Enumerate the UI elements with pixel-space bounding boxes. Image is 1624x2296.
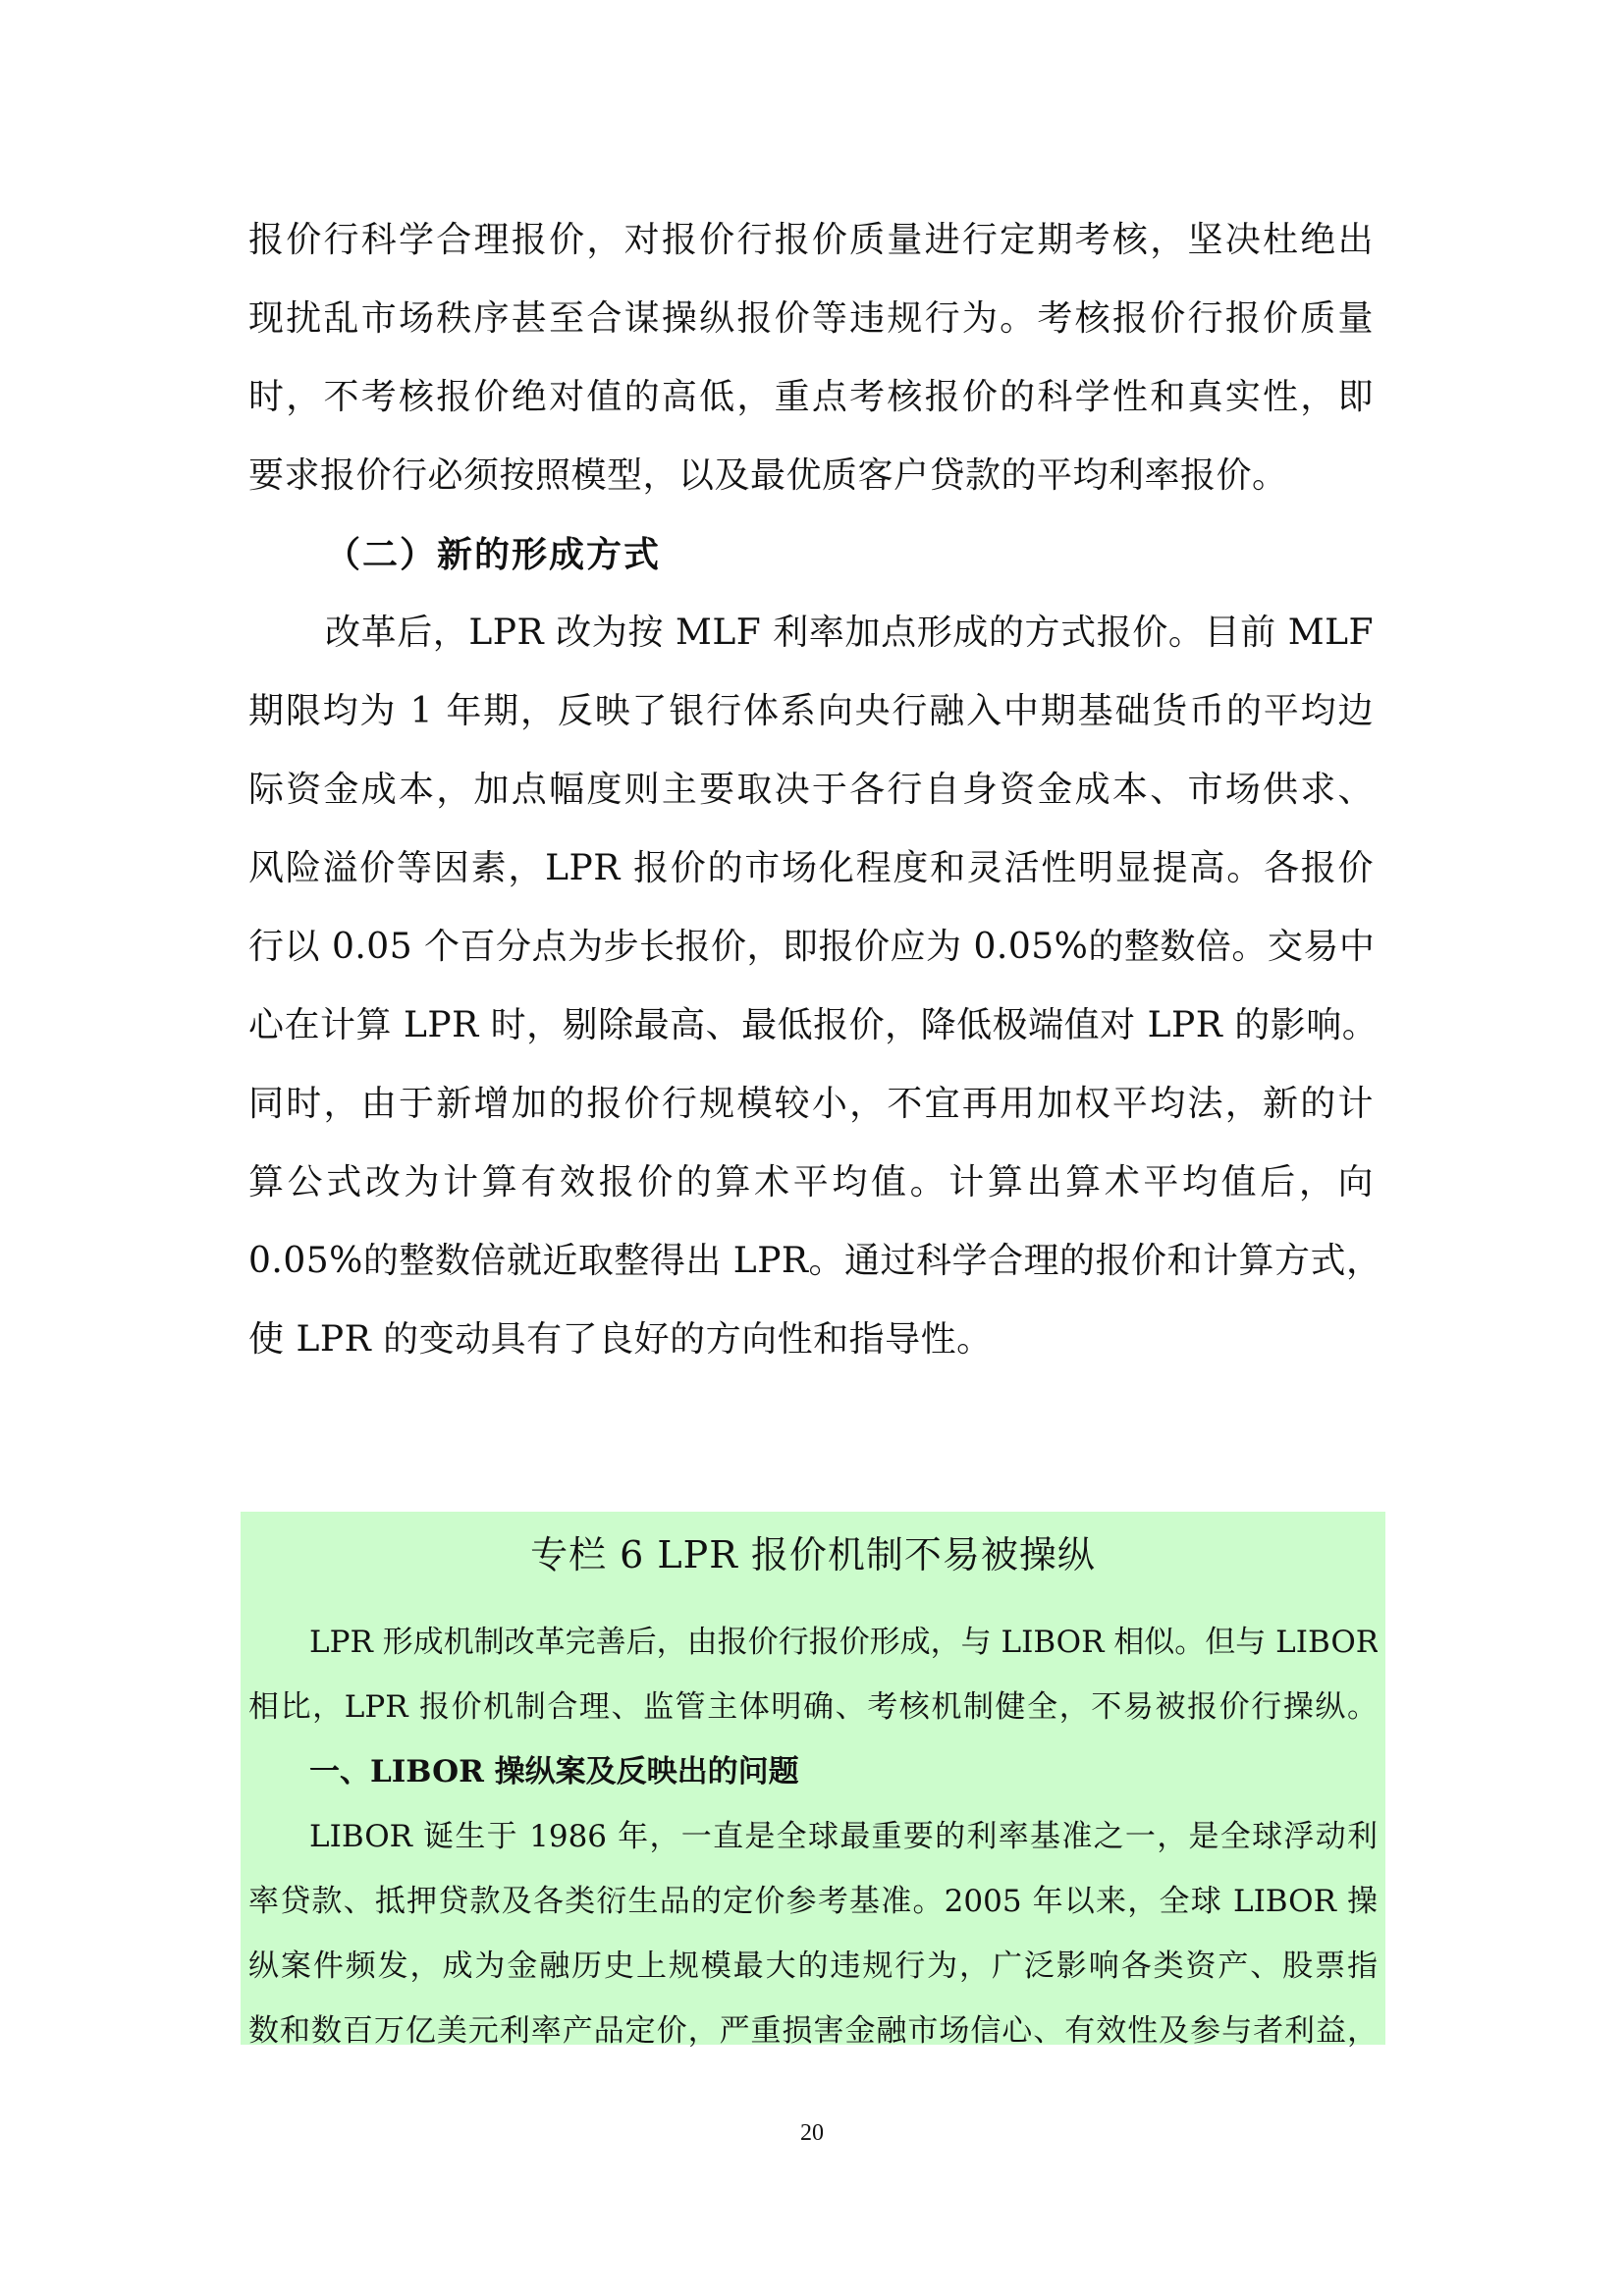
box-text-line: 数和数百万亿美元利率产品定价，严重损害金融市场信心、有效性及参与者利益， [248, 1999, 1378, 2063]
text-line: 期限均为 1 年期，反映了银行体系向央行融入中期基础货币的平均边 [248, 672, 1374, 751]
text-line: 行以 0.05 个百分点为步长报价，即报价应为 0.05%的整数倍。交易中 [248, 908, 1374, 987]
sidebar-box-column-6: 专栏 6 LPR 报价机制不易被操纵 LPR 形成机制改革完善后，由报价行报价形… [241, 1512, 1385, 2045]
box-text-line: LIBOR 诞生于 1986 年，一直是全球最重要的利率基准之一，是全球浮动利 [248, 1804, 1378, 1869]
box-content: LPR 形成机制改革完善后，由报价行报价形成，与 LIBOR 相似。但与 LIB… [248, 1610, 1378, 2063]
text-line: 心在计算 LPR 时，剔除最高、最低报价，降低极端值对 LPR 的影响。 [248, 987, 1374, 1065]
text-line: 同时，由于新增加的报价行规模较小，不宜再用加权平均法，新的计 [248, 1065, 1374, 1144]
paragraph-new-formation: 改革后，LPR 改为按 MLF 利率加点形成的方式报价。目前 MLF 期限均为 … [248, 594, 1374, 1379]
box-text-line: 纵案件频发，成为金融历史上规模最大的违规行为，广泛影响各类资产、股票指 [248, 1934, 1378, 1999]
text-line: 0.05%的整数倍就近取整得出 LPR。通过科学合理的报价和计算方式， [248, 1222, 1374, 1301]
box-text-line: 相比，LPR 报价机制合理、监管主体明确、考核机制健全，不易被报价行操纵。 [248, 1675, 1378, 1739]
box-text-line: LPR 形成机制改革完善后，由报价行报价形成，与 LIBOR 相似。但与 LIB… [248, 1610, 1378, 1675]
section-heading-block: （二）新的形成方式 [248, 515, 1374, 594]
box-text-line: 率贷款、抵押贷款及各类衍生品的定价参考基准。2005 年以来，全球 LIBOR … [248, 1869, 1378, 1934]
text-line: 际资金成本，加点幅度则主要取决于各行自身资金成本、市场供求、 [248, 751, 1374, 829]
text-line: 算公式改为计算有效报价的算术平均值。计算出算术平均值后，向 [248, 1144, 1374, 1222]
text-line: 使 LPR 的变动具有了良好的方向性和指导性。 [248, 1301, 1374, 1379]
paragraph-quote-assessment: 报价行科学合理报价，对报价行报价质量进行定期考核，坚决杜绝出 现扰乱市场秩序甚至… [248, 201, 1374, 515]
box-subheading: 一、LIBOR 操纵案及反映出的问题 [248, 1739, 1378, 1804]
document-page: 报价行科学合理报价，对报价行报价质量进行定期考核，坚决杜绝出 现扰乱市场秩序甚至… [0, 0, 1624, 2296]
text-line: 现扰乱市场秩序甚至合谋操纵报价等违规行为。考核报价行报价质量 [248, 280, 1374, 358]
text-line: 报价行科学合理报价，对报价行报价质量进行定期考核，坚决杜绝出 [248, 201, 1374, 280]
text-line: 要求报价行必须按照模型，以及最优质客户贷款的平均利率报价。 [248, 437, 1374, 515]
text-line: 时，不考核报价绝对值的高低，重点考核报价的科学性和真实性，即 [248, 358, 1374, 437]
box-title: 专栏 6 LPR 报价机制不易被操纵 [241, 1525, 1385, 1584]
text-line: 风险溢价等因素，LPR 报价的市场化程度和灵活性明显提高。各报价 [248, 829, 1374, 908]
section-heading: （二）新的形成方式 [248, 515, 1374, 594]
page-number: 20 [0, 2120, 1624, 2147]
text-line: 改革后，LPR 改为按 MLF 利率加点形成的方式报价。目前 MLF [248, 594, 1374, 672]
